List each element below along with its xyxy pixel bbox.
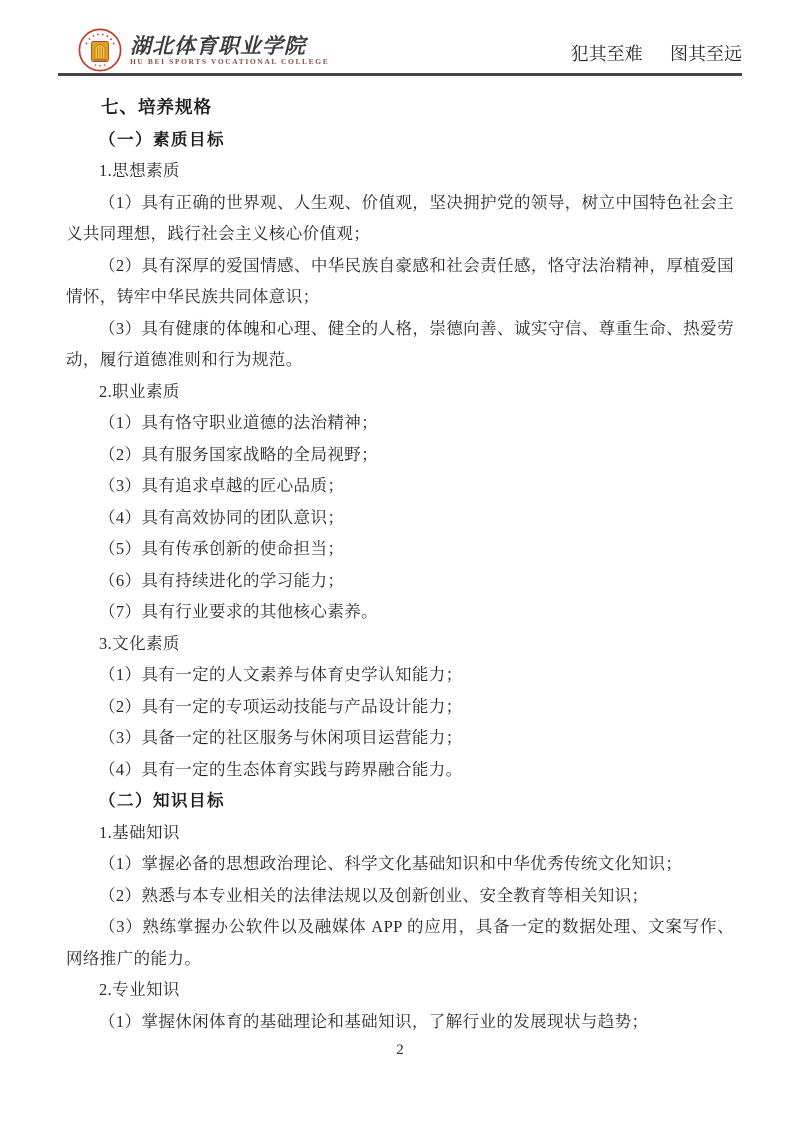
list-item-paragraph: （1）具有恪守职业道德的法治精神； <box>66 407 734 439</box>
document-page: 湖北体育职业学院 HU BEI SPORTS VOCATIONAL COLLEG… <box>0 0 800 1131</box>
numbered-subheading: 3.文化素质 <box>66 628 734 660</box>
document-body: 七、培养规格 （一）素质目标 1.思想素质 （1）具有正确的世界观、人生观、价值… <box>66 76 734 1037</box>
motto-right: 图其至远 <box>670 44 742 65</box>
list-item-paragraph: （5）具有传承创新的使命担当； <box>66 533 734 565</box>
college-name-zh: 湖北体育职业学院 <box>130 35 329 57</box>
motto-left: 犯其至难 <box>571 44 643 65</box>
list-item-paragraph: （1）掌握休闲体育的基础理论和基础知识，了解行业的发展现状与趋势； <box>66 1006 734 1038</box>
list-item-paragraph: （4）具有高效协同的团队意识； <box>66 502 734 534</box>
list-item-paragraph: （7）具有行业要求的其他核心素养。 <box>66 596 734 628</box>
list-item-paragraph: （3）熟练掌握办公软件以及融媒体 APP 的应用，具备一定的数据处理、文案写作、… <box>66 911 734 974</box>
list-item-paragraph: （1）具有一定的人文素养与体育史学认知能力； <box>66 659 734 691</box>
page-footer: 2 <box>0 1040 800 1060</box>
college-name-en: HU BEI SPORTS VOCATIONAL COLLEGE <box>130 57 329 66</box>
list-item-paragraph: （3）具有追求卓越的匠心品质； <box>66 470 734 502</box>
list-item-paragraph: （1）掌握必备的思想政治理论、科学文化基础知识和中华优秀传统文化知识； <box>66 848 734 880</box>
college-name-block: 湖北体育职业学院 HU BEI SPORTS VOCATIONAL COLLEG… <box>130 35 329 66</box>
numbered-subheading: 2.职业素质 <box>66 376 734 408</box>
numbered-subheading: 1.思想素质 <box>66 155 734 187</box>
college-logo: 湖北体育职业学院 HU BEI SPORTS VOCATIONAL COLLEG… <box>58 28 329 73</box>
list-item-paragraph: （6）具有持续进化的学习能力； <box>66 565 734 597</box>
page-number: 2 <box>396 1042 404 1058</box>
college-seal-icon <box>78 28 122 72</box>
list-item-paragraph: （2）具有一定的专项运动技能与产品设计能力； <box>66 691 734 723</box>
list-item-paragraph: （2）具有深厚的爱国情感、中华民族自豪感和社会责任感，恪守法治精神，厚植爱国情怀… <box>66 250 734 313</box>
list-item-paragraph: （4）具有一定的生态体育实践与跨界融合能力。 <box>66 754 734 786</box>
subsection-heading: （一）素质目标 <box>66 124 734 156</box>
page-header: 湖北体育职业学院 HU BEI SPORTS VOCATIONAL COLLEG… <box>58 0 742 76</box>
numbered-subheading: 1.基础知识 <box>66 817 734 849</box>
list-item-paragraph: （2）熟悉与本专业相关的法律法规以及创新创业、安全教育等相关知识； <box>66 880 734 912</box>
college-motto: 犯其至难 图其至远 <box>571 40 742 73</box>
list-item-paragraph: （1）具有正确的世界观、人生观、价值观，坚决拥护党的领导，树立中国特色社会主义共… <box>66 187 734 250</box>
list-item-paragraph: （3）具备一定的社区服务与休闲项目运营能力； <box>66 722 734 754</box>
list-item-paragraph: （2）具有服务国家战略的全局视野； <box>66 439 734 471</box>
subsection-heading: （二）知识目标 <box>66 785 734 817</box>
numbered-subheading: 2.专业知识 <box>66 974 734 1006</box>
section-heading: 七、培养规格 <box>66 92 734 124</box>
list-item-paragraph: （3）具有健康的体魄和心理、健全的人格，崇德向善、诚实守信、尊重生命、热爱劳动，… <box>66 313 734 376</box>
